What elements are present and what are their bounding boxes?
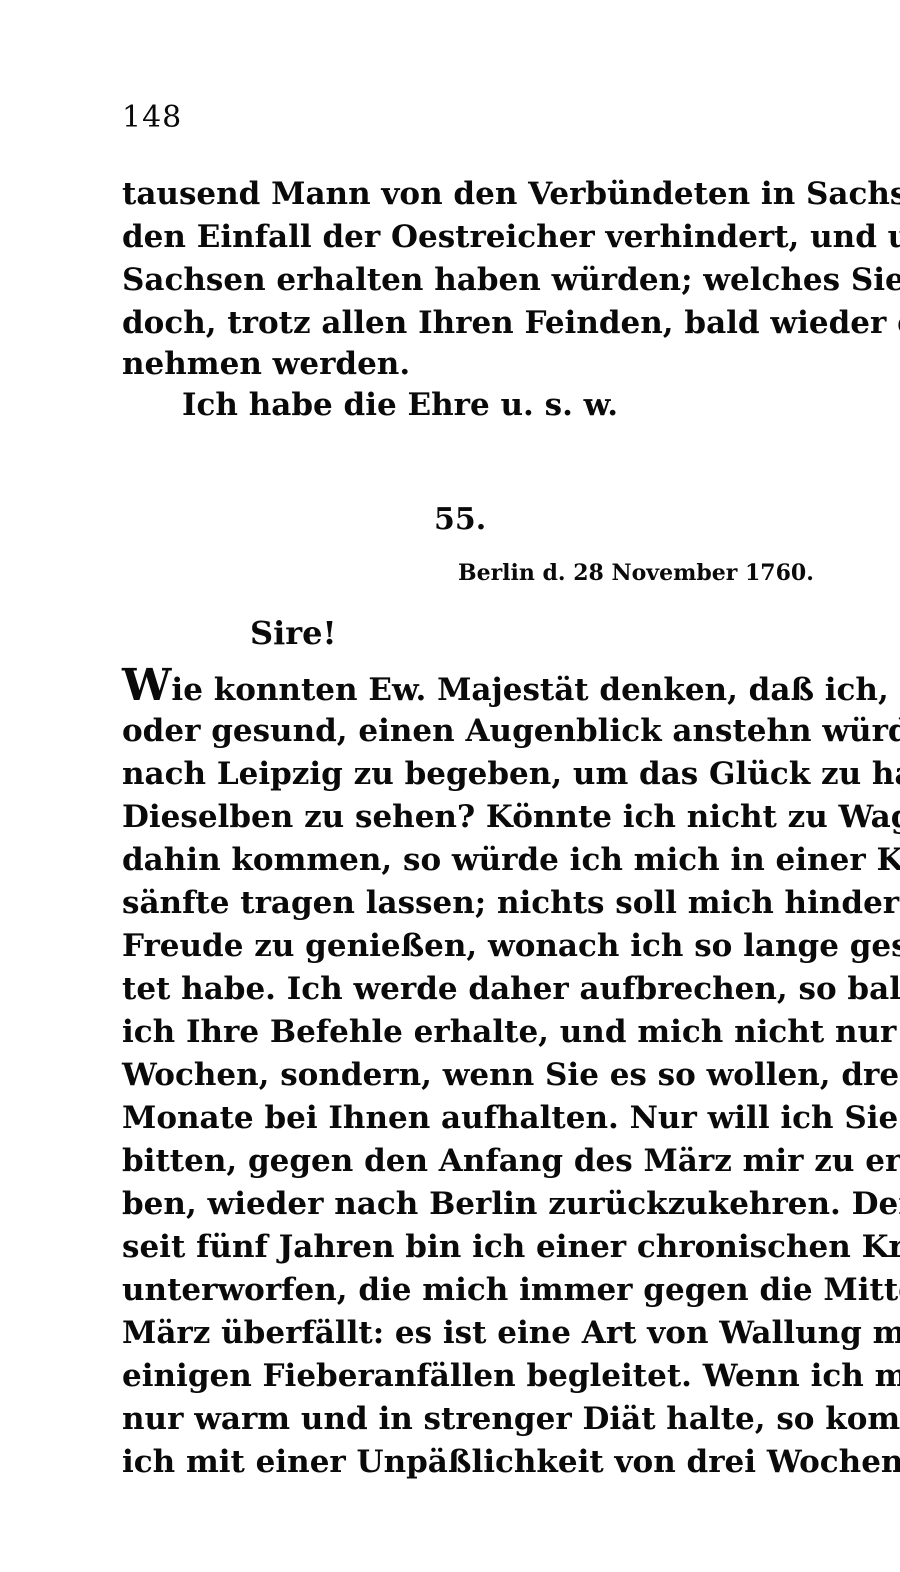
text-line: nach Leipzig zu begeben, um das Glück zu… bbox=[122, 752, 814, 796]
text-line: einigen Fieberanfällen begleitet. Wenn i… bbox=[122, 1354, 814, 1398]
drop-cap: W bbox=[122, 660, 171, 711]
text-line: nur warm und in strenger Diät halte, so … bbox=[122, 1397, 814, 1441]
text-line: ben, wieder nach Berlin zurückzukehren. … bbox=[122, 1182, 814, 1226]
closing-formula: Ich habe die Ehre u. s. w. bbox=[182, 383, 618, 427]
book-page: 148 tausend Mann von den Verbündeten in … bbox=[0, 0, 900, 1572]
text-line: tet habe. Ich werde daher aufbrechen, so… bbox=[122, 967, 814, 1011]
text-line: Monate bei Ihnen aufhalten. Nur will ich… bbox=[122, 1096, 814, 1140]
text-line: März überfällt: es ist eine Art von Wall… bbox=[122, 1311, 814, 1355]
text-line-rest: ie konnten Ew. Majestät denken, daß ich,… bbox=[171, 672, 900, 708]
text-line: tausend Mann von den Verbündeten in Sach… bbox=[122, 172, 814, 216]
text-line-first: Wie konnten Ew. Majestät denken, daß ich… bbox=[122, 666, 814, 712]
page-number: 148 bbox=[122, 100, 182, 135]
text-line: Dieselben zu sehen? Könnte ich nicht zu … bbox=[122, 795, 814, 839]
text-line: ich Ihre Befehle erhalte, und mich nicht… bbox=[122, 1010, 814, 1054]
text-line: ich mit einer Unpäßlichkeit von drei Woc… bbox=[122, 1440, 814, 1484]
text-line: Sachsen erhalten haben würden; welches S… bbox=[122, 258, 814, 302]
text-line: dahin kommen, so würde ich mich in einer… bbox=[122, 838, 814, 882]
text-line: Freude zu genießen, wonach ich so lange … bbox=[122, 924, 814, 968]
letter-salutation: Sire! bbox=[250, 614, 337, 652]
letter-number: 55. bbox=[434, 502, 486, 537]
text-line: bitten, gegen den Anfang des März mir zu… bbox=[122, 1139, 814, 1183]
text-line: oder gesund, einen Augenblick anstehn wü… bbox=[122, 709, 814, 753]
text-line: den Einfall der Oestreicher verhindert, … bbox=[122, 215, 814, 259]
text-line: sänfte tragen lassen; nichts soll mich h… bbox=[122, 881, 814, 925]
letter-dateline: Berlin d. 28 November 1760. bbox=[458, 560, 814, 586]
text-line: doch, trotz allen Ihren Feinden, bald wi… bbox=[122, 301, 814, 345]
text-line: Wochen, sondern, wenn Sie es so wollen, … bbox=[122, 1053, 814, 1097]
text-line: unterworfen, die mich immer gegen die Mi… bbox=[122, 1268, 814, 1312]
text-line: seit fünf Jahren bin ich einer chronisch… bbox=[122, 1225, 814, 1269]
text-line: nehmen werden. bbox=[122, 342, 814, 386]
